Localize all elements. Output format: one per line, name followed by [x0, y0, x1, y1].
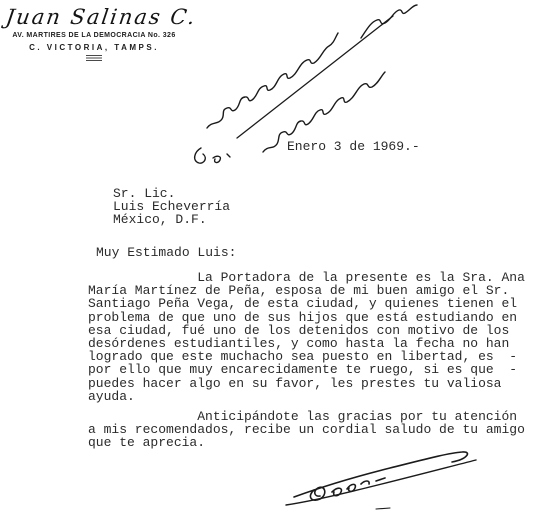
letterhead-city: C. VICTORIA, TAMPS.: [6, 43, 182, 52]
letterhead-name: Juan Salinas C.: [4, 5, 183, 29]
handwritten-signature-icon: [280, 444, 485, 512]
letter-page: Juan Salinas C. AV. MARTIRES DE LA DEMOC…: [0, 0, 533, 513]
letterhead: Juan Salinas C. AV. MARTIRES DE LA DEMOC…: [6, 5, 182, 61]
recipient-block: Sr. Lic. Luis Echeverría México, D.F.: [113, 187, 230, 227]
date-line: Enero 3 de 1969.-: [287, 140, 420, 153]
letterhead-ornament-icon: [86, 55, 102, 61]
letterhead-address: AV. MARTIRES DE LA DEMOCRACIA No. 326: [6, 32, 182, 39]
salutation: Muy Estimado Luis:: [96, 246, 236, 259]
body-paragraph-1: La Portadora de la presente es la Sra. A…: [88, 271, 525, 403]
recipient-city: México, D.F.: [113, 213, 230, 226]
